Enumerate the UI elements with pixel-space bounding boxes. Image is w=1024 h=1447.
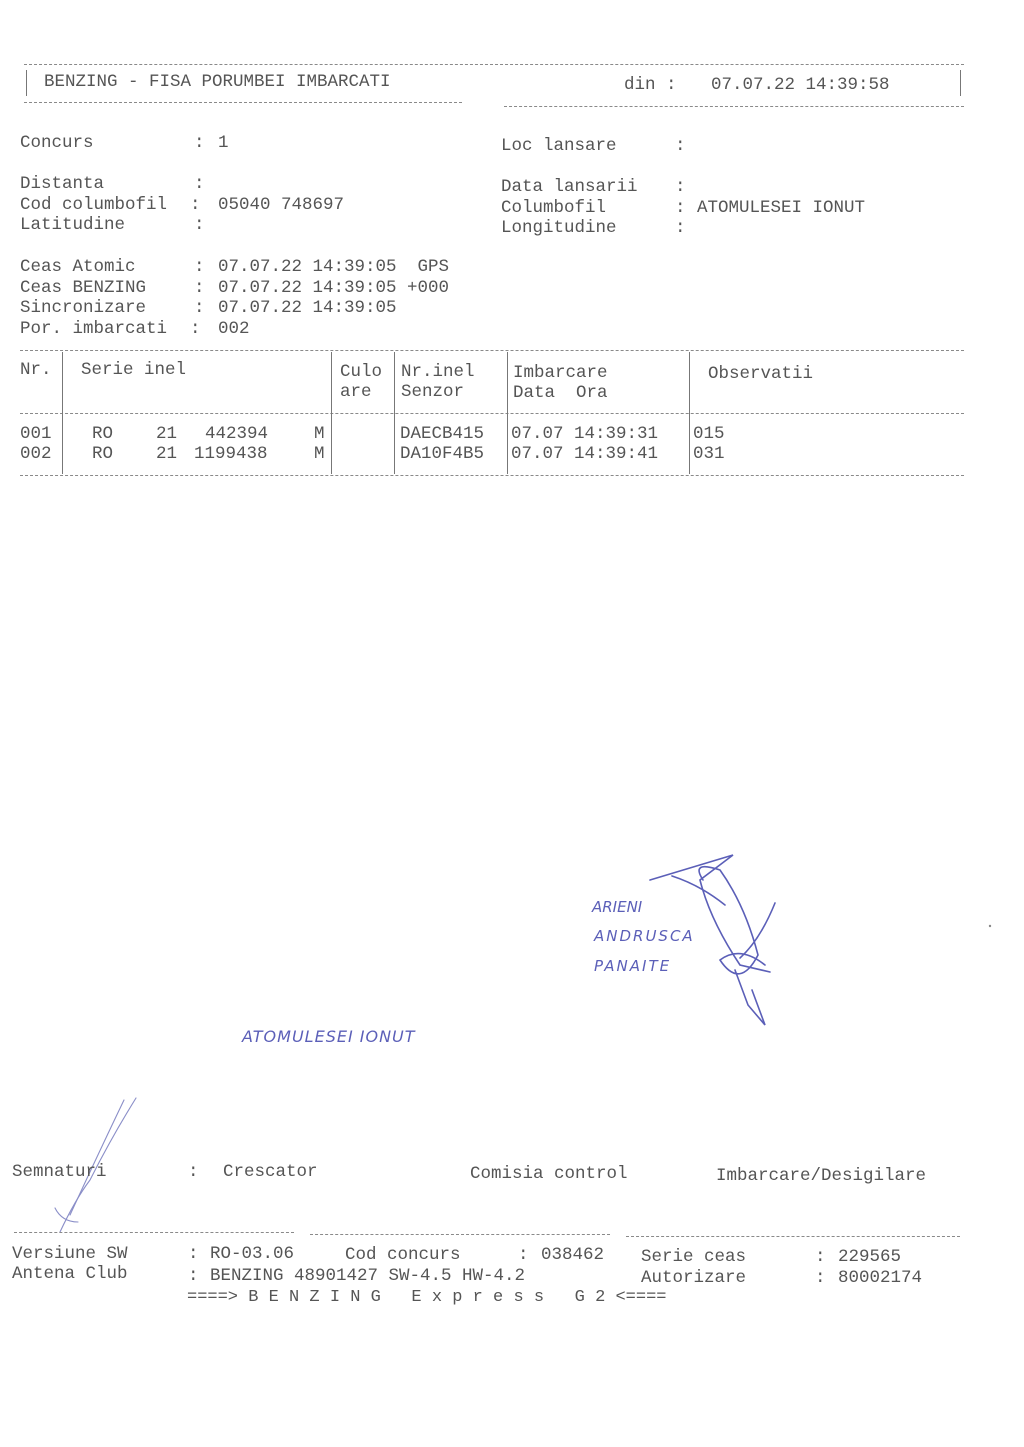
- ceas-atomic-colon: :: [194, 257, 205, 278]
- cell-year: 21: [156, 444, 177, 465]
- cell-observatii: 031: [693, 444, 725, 465]
- longitudine-colon: :: [675, 218, 686, 239]
- document-title: BENZING - FISA PORUMBEI IMBARCATI: [44, 72, 391, 93]
- sincronizare-colon: :: [194, 298, 205, 319]
- signature-rule-3: [626, 1236, 960, 1237]
- cell-imbarcare: 07.07 14:39:31: [511, 424, 658, 445]
- header-imbarcare-line2: Data Ora: [513, 383, 608, 404]
- col-sep-5: [689, 352, 690, 474]
- serie-ceas-label: Serie ceas: [641, 1247, 746, 1268]
- concurs-value: 1: [218, 133, 229, 154]
- cell-observatii: 015: [693, 424, 725, 445]
- autorizare-value: 80002174: [838, 1268, 922, 1289]
- versiune-sw-value: RO-03.06: [210, 1244, 294, 1265]
- autorizare-label: Autorizare: [641, 1268, 746, 1289]
- header-right-border: [960, 70, 961, 96]
- header-culoare-line2: are: [340, 382, 372, 403]
- loc-lansare-colon: :: [675, 136, 686, 157]
- cod-columbofil-label: Cod columbofil: [20, 195, 167, 216]
- cod-columbofil-colon: :: [190, 195, 201, 216]
- header-left-border: [26, 70, 27, 96]
- distanta-label: Distanta: [20, 174, 104, 195]
- signature-rule-1: [14, 1232, 294, 1233]
- header-top-rule: [24, 64, 964, 65]
- handwritten-name-1: ARIENI: [592, 898, 642, 916]
- signature-comisia-control: Comisia control: [470, 1164, 628, 1185]
- ceas-benzing-colon: :: [194, 278, 205, 299]
- header-nr-inel-line2: Senzor: [401, 382, 464, 403]
- autorizare-colon: :: [815, 1268, 826, 1289]
- signature-rule-2: [310, 1234, 610, 1235]
- handwritten-breeder-name: ATOMULESEI IONUT: [242, 1027, 416, 1046]
- por-imbarcati-value: 002: [218, 319, 250, 340]
- cell-ring-number: 442394: [205, 424, 268, 445]
- ceas-atomic-label: Ceas Atomic: [20, 257, 136, 278]
- por-imbarcati-colon: :: [190, 319, 201, 340]
- ceas-atomic-value: 07.07.22 14:39:05 GPS: [218, 257, 449, 278]
- cell-ring-number: 1199438: [194, 444, 268, 465]
- cod-concurs-value: 038462: [541, 1245, 604, 1266]
- handwritten-name-3: PANAITE: [594, 957, 671, 975]
- versiune-sw-label: Versiune SW: [12, 1244, 128, 1265]
- header-nr: Nr.: [20, 360, 52, 381]
- cod-concurs-colon: :: [518, 1245, 529, 1266]
- antena-club-value: BENZING 48901427 SW-4.5 HW-4.2: [210, 1266, 525, 1287]
- benzing-express-banner: ====> B E N Z I N G E x p r e s s G 2 <=…: [187, 1288, 666, 1309]
- cell-year: 21: [156, 424, 177, 445]
- header-culoare-line1: Culo: [340, 362, 382, 383]
- versiune-sw-colon: :: [188, 1244, 199, 1265]
- semnaturi-colon: :: [188, 1162, 199, 1183]
- cell-country: RO: [92, 424, 113, 445]
- cell-sex: M: [314, 444, 325, 465]
- latitudine-colon: :: [194, 215, 205, 236]
- header-serie-inel: Serie inel: [81, 360, 186, 381]
- serie-ceas-value: 229565: [838, 1247, 901, 1268]
- por-imbarcati-label: Por. imbarcati: [20, 319, 167, 340]
- cell-country: RO: [92, 444, 113, 465]
- table-header-rule: [20, 413, 964, 414]
- table-top-rule: [20, 350, 964, 351]
- data-lansarii-label: Data lansarii: [501, 177, 638, 198]
- col-sep-1: [62, 352, 63, 474]
- header-bottom-rule-right: [504, 106, 964, 107]
- header-bottom-rule-left: [24, 102, 462, 103]
- col-sep-3: [394, 352, 395, 474]
- distanta-colon: :: [194, 174, 205, 195]
- columbofil-value: ATOMULESEI IONUT: [697, 198, 865, 219]
- antena-club-label: Antena Club: [12, 1264, 128, 1285]
- columbofil-colon: :: [675, 198, 686, 219]
- serie-ceas-colon: :: [815, 1247, 826, 1268]
- ceas-benzing-value: 07.07.22 14:39:05 +000: [218, 278, 449, 299]
- header-imbarcare-line1: Imbarcare: [513, 363, 608, 384]
- cell-imbarcare: 07.07 14:39:41: [511, 444, 658, 465]
- antena-club-colon: :: [188, 1266, 199, 1287]
- cell-nr: 002: [20, 444, 52, 465]
- loc-lansare-label: Loc lansare: [501, 136, 617, 157]
- commission-signature-stroke-1: [650, 855, 770, 972]
- concurs-label: Concurs: [20, 133, 94, 154]
- concurs-colon: :: [194, 133, 215, 154]
- latitudine-label: Latitudine: [20, 215, 125, 236]
- sincronizare-value: 07.07.22 14:39:05: [218, 298, 397, 319]
- date-label: din :: [624, 75, 677, 96]
- longitudine-label: Longitudine: [501, 218, 617, 239]
- signature-imbarcare-desigilare: Imbarcare/Desigilare: [716, 1166, 926, 1187]
- col-sep-4: [507, 352, 508, 474]
- ceas-benzing-label: Ceas BENZING: [20, 278, 146, 299]
- data-lansarii-colon: :: [675, 177, 686, 198]
- cod-concurs-label: Cod concurs: [345, 1245, 461, 1266]
- cell-nr: 001: [20, 424, 52, 445]
- cell-senzor: DA10F4B5: [400, 444, 484, 465]
- date-value: 07.07.22 14:39:58: [711, 75, 890, 96]
- cod-columbofil-value: 05040 748697: [218, 195, 344, 216]
- table-bottom-rule: [20, 475, 964, 476]
- col-sep-2: [331, 352, 332, 474]
- columbofil-label: Columbofil: [501, 198, 606, 219]
- header-nr-inel-line1: Nr.inel: [401, 362, 475, 383]
- sincronizare-label: Sincronizare: [20, 298, 146, 319]
- cell-senzor: DAECB415: [400, 424, 484, 445]
- handwritten-name-2: ANDRUSCA: [594, 927, 695, 945]
- semnaturi-label: Semnaturi: [12, 1162, 107, 1183]
- header-observatii: Observatii: [708, 364, 813, 385]
- cell-sex: M: [314, 424, 325, 445]
- signature-crescator: Crescator: [223, 1162, 318, 1183]
